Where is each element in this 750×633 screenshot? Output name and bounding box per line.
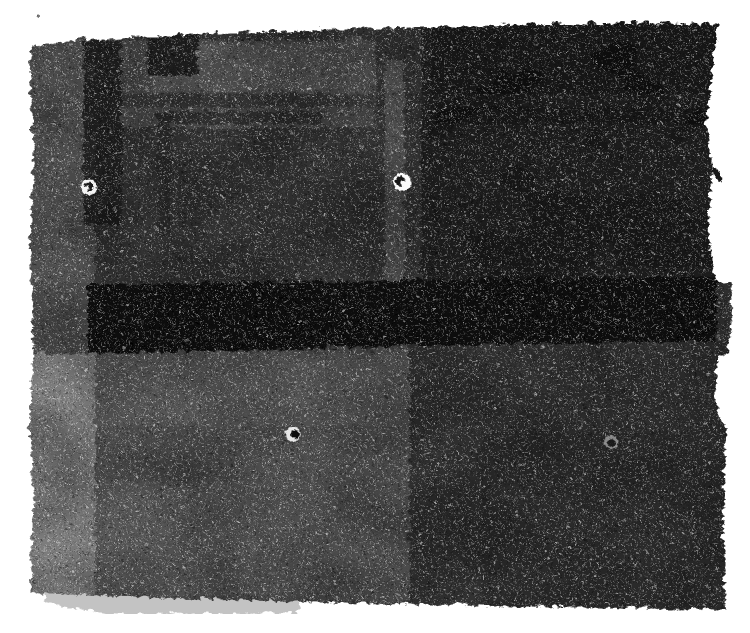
- crater-core: [290, 429, 299, 438]
- crater-highlight: [82, 185, 87, 190]
- crater-core: [606, 438, 614, 446]
- pinhole-crater-upper-left: [80, 178, 96, 194]
- abstract-print-artwork: [0, 0, 750, 633]
- pinhole-crater-lower-right: [603, 434, 617, 448]
- pinhole-crater-upper-center: [392, 172, 410, 190]
- dust-speck-top-left: [36, 14, 39, 17]
- pinhole-crater-lower-center: [285, 426, 300, 441]
- scanned-print-page: [0, 0, 750, 633]
- print-body: [20, 14, 736, 618]
- crater-highlight: [400, 180, 406, 186]
- comma-ink-mark: [711, 166, 721, 181]
- black-grain-overlay: [20, 14, 736, 618]
